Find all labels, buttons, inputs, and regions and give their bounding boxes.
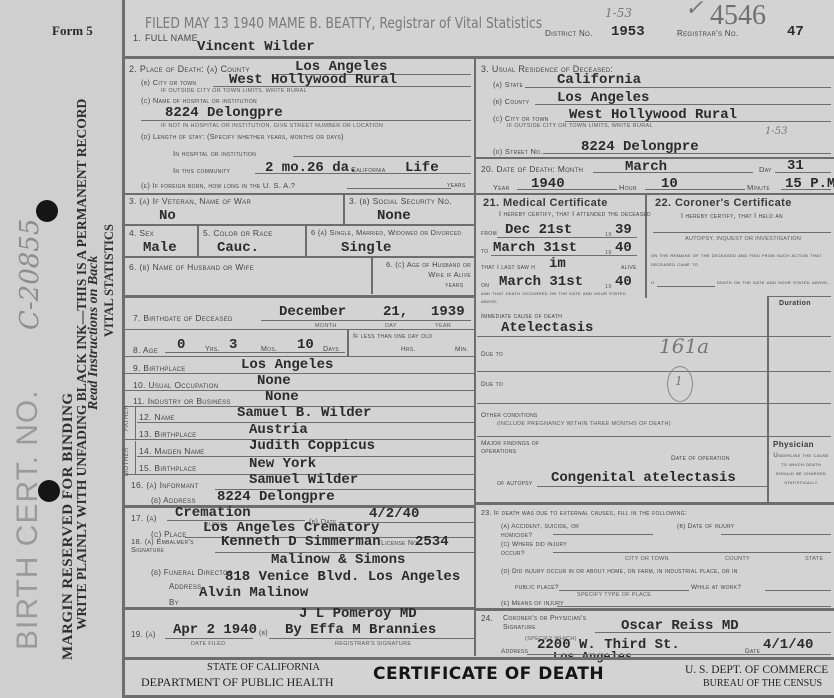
funeral-director-value: Malinow & Simons	[271, 552, 405, 568]
occupation-value: None	[257, 373, 291, 389]
embalmer-license-value: 2534	[415, 534, 449, 550]
father-birthplace-value: Austria	[249, 422, 308, 438]
death-certificate-form: FILED MAY 13 1940 MAME B. BEATTY, Regist…	[125, 0, 834, 698]
immediate-cause-value: Atelectasis	[501, 320, 593, 336]
form-number: Form 5	[52, 23, 93, 39]
attended-to-value: March 31st	[493, 240, 577, 256]
hospital-value: 8224 Delongpre	[165, 105, 283, 121]
last-saw-on-year: 40	[615, 274, 632, 290]
coroner-certificate-heading: 22. Coroner's Certificate	[655, 197, 792, 209]
father-group-label: FATHER	[124, 405, 130, 431]
age-months-value: 3	[229, 337, 237, 353]
handwritten-mark: 1-53	[605, 6, 632, 20]
death-city-label: (b) City or town	[141, 78, 196, 87]
binding-hole-icon	[38, 480, 60, 502]
birth-cert-label: BIRTH CERT. NO.	[11, 389, 45, 650]
filed-stamp: FILED MAY 13 1940 MAME B. BEATTY, Regist…	[145, 14, 542, 32]
mother-group-label: MOTHER	[124, 447, 130, 476]
age-days-value: 10	[297, 337, 314, 353]
date-filed-value: Apr 2 1940	[173, 622, 257, 638]
full-name-value: Vincent Wilder	[197, 39, 315, 55]
district-no-value: 1953	[611, 24, 645, 40]
registrar-no-value: 47	[787, 24, 804, 40]
disposal-value: Cremation	[175, 505, 251, 521]
full-name-label: FULL NAME	[145, 33, 198, 43]
external-causes-heading: 23. If death was due to external causes,…	[481, 510, 687, 517]
autopsy-findings-value: Congenital atelectasis	[551, 470, 736, 486]
circled-code: 1	[675, 374, 683, 388]
informant-value: Samuel Wilder	[249, 472, 358, 488]
sex-value: Male	[143, 240, 177, 256]
check-mark-icon: ✓	[685, 0, 703, 21]
duration-label: Duration	[779, 300, 811, 307]
birth-cert-number: C-20855	[15, 219, 45, 330]
funeral-director-address-value: 818 Venice Blvd. Los Angeles	[225, 569, 460, 585]
birthdate-year-value: 1939	[431, 304, 465, 320]
signature-date-value: 4/1/40	[763, 637, 813, 653]
last-saw-on-value: March 31st	[499, 274, 583, 290]
birthdate-day-value: 21,	[383, 304, 408, 320]
hospital-label: (c) Name of hospital or institution	[141, 96, 257, 105]
read-instructions-text: Read Instructions on Back	[86, 256, 102, 410]
informant-address-value: 8224 Delongpre	[217, 489, 335, 505]
age-years-value: 0	[177, 337, 185, 353]
due-to-code: 161a	[659, 334, 709, 358]
district-no-label: District No.	[545, 29, 593, 38]
birthplace-value: Los Angeles	[241, 357, 333, 373]
mother-birthplace-value: New York	[249, 456, 316, 472]
birthdate-month-value: December	[279, 304, 346, 320]
certificate-title: CERTIFICATE OF DEATH	[373, 664, 604, 684]
attended-to-year: 40	[615, 240, 632, 256]
medical-certificate-heading: 21. Medical Certificate	[483, 197, 608, 209]
marital-status-value: Single	[341, 240, 391, 256]
binding-hole-icon	[36, 200, 58, 222]
attended-from-year: 39	[615, 222, 632, 238]
stay-california-value: Life	[405, 160, 439, 176]
vital-statistics-text: VITAL STATISTICS	[102, 224, 117, 337]
social-security-value: None	[377, 208, 411, 224]
registrar-signature-line2: By Effa M Brannies	[285, 622, 436, 638]
father-name-value: Samuel B. Wilder	[237, 405, 371, 421]
commerce-dept-label: U. S. DEPT. OF COMMERCE	[685, 664, 828, 676]
industry-value: None	[265, 389, 299, 405]
veteran-value: No	[159, 208, 176, 224]
funeral-director-by-value: Alvin Malinow	[199, 585, 308, 601]
department-label: DEPARTMENT OF PUBLIC HEALTH	[141, 675, 334, 690]
state-label: STATE OF CALIFORNIA	[207, 662, 320, 673]
race-value: Cauc.	[217, 240, 259, 256]
embalmer-value: Kenneth D Simmerman	[221, 534, 381, 550]
attended-from-value: Dec 21st	[505, 222, 572, 238]
registrar-no-label: Registrar's No.	[677, 29, 738, 38]
census-bureau-label: BUREAU OF THE CENSUS	[703, 678, 822, 689]
residence-state-value: California	[557, 72, 641, 88]
binding-margin: Form 5 BIRTH CERT. NO. C-20855 MARGIN RE…	[0, 0, 125, 698]
physician-label: Physician	[773, 440, 814, 449]
certificate-number: 4546	[710, 0, 766, 32]
mother-maiden-name-value: Judith Coppicus	[249, 438, 375, 454]
last-saw-value: im	[549, 256, 566, 272]
registrar-signature-line1: J L Pomeroy MD	[299, 606, 417, 622]
